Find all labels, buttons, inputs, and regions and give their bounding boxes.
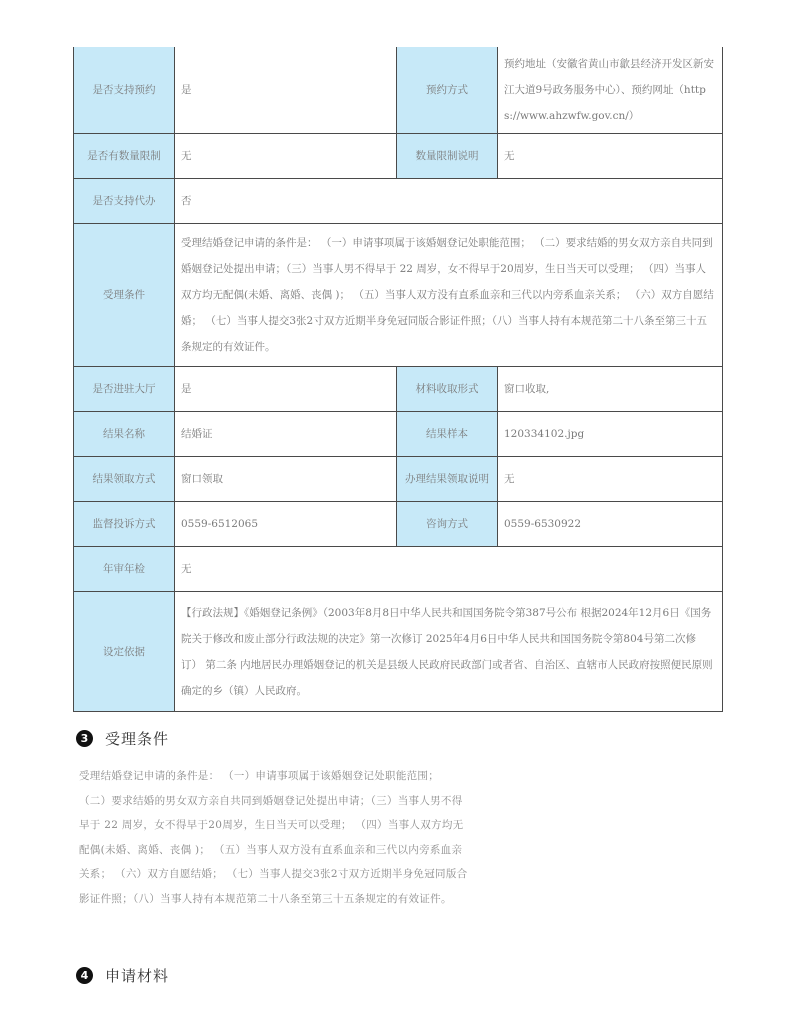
value-result-pickup-desc: 无 <box>498 457 723 502</box>
table-row-result: 结果名称 结婚证 结果样本 120334102.jpg <box>74 412 723 457</box>
table-row-contact: 监督投诉方式 0559-6512065 咨询方式 0559-6530922 <box>74 502 723 547</box>
label-supports-proxy: 是否支持代办 <box>74 179 175 224</box>
value-supports-appointment: 是 <box>175 47 397 134</box>
number-3-icon: 3 <box>76 730 93 747</box>
label-legal-basis: 设定依据 <box>74 592 175 712</box>
table-row-proxy: 是否支持代办 否 <box>74 179 723 224</box>
table-row-quantity-limit: 是否有数量限制 无 数量限制说明 无 <box>74 134 723 179</box>
label-consultation: 咨询方式 <box>397 502 498 547</box>
label-appointment-method: 预约方式 <box>397 47 498 134</box>
label-complaint: 监督投诉方式 <box>74 502 175 547</box>
value-quantity-limit: 无 <box>175 134 397 179</box>
service-info-table: 是否支持预约 是 预约方式 预约地址（安徽省黄山市歙县经济开发区新安江大道9号政… <box>73 47 723 712</box>
table-row-hall: 是否进驻大厅 是 材料收取形式 窗口收取, <box>74 367 723 412</box>
table-row-acceptance-conditions: 受理条件 受理结婚登记申请的条件是： （一）申请事项属于该婚姻登记处职能范围； … <box>74 224 723 367</box>
value-consultation: 0559-6530922 <box>498 502 723 547</box>
label-quantity-limit-desc: 数量限制说明 <box>397 134 498 179</box>
value-annual-review: 无 <box>175 547 723 592</box>
value-material-collection: 窗口收取, <box>498 367 723 412</box>
label-in-hall: 是否进驻大厅 <box>74 367 175 412</box>
label-annual-review: 年审年检 <box>74 547 175 592</box>
value-result-pickup: 窗口领取 <box>175 457 397 502</box>
label-acceptance-conditions: 受理条件 <box>74 224 175 367</box>
value-legal-basis: 【行政法规】《婚姻登记条例》（2003年8月8日中华人民共和国国务院令第387号… <box>175 592 723 712</box>
label-supports-appointment: 是否支持预约 <box>74 47 175 134</box>
label-result-sample: 结果样本 <box>397 412 498 457</box>
value-result-name: 结婚证 <box>175 412 397 457</box>
table-row-legal-basis: 设定依据 【行政法规】《婚姻登记条例》（2003年8月8日中华人民共和国国务院令… <box>74 592 723 712</box>
value-result-sample[interactable]: 120334102.jpg <box>498 412 723 457</box>
section-header-application-materials: 4 申请材料 <box>76 965 169 986</box>
section-header-acceptance-conditions: 3 受理条件 <box>76 728 169 749</box>
value-appointment-method: 预约地址（安徽省黄山市歙县经济开发区新安江大道9号政务服务中心）、预约网址（ht… <box>498 47 723 134</box>
label-quantity-limit: 是否有数量限制 <box>74 134 175 179</box>
section-body-acceptance-conditions: 受理结婚登记申请的条件是： （一）申请事项属于该婚姻登记处职能范围； （二）要求… <box>79 764 469 911</box>
label-result-pickup-desc: 办理结果领取说明 <box>397 457 498 502</box>
table-row-result-pickup: 结果领取方式 窗口领取 办理结果领取说明 无 <box>74 457 723 502</box>
number-4-icon: 4 <box>76 967 93 984</box>
section-title: 受理条件 <box>105 728 169 749</box>
table-row-appointment: 是否支持预约 是 预约方式 预约地址（安徽省黄山市歙县经济开发区新安江大道9号政… <box>74 47 723 134</box>
value-supports-proxy: 否 <box>175 179 723 224</box>
section-title: 申请材料 <box>105 965 169 986</box>
value-acceptance-conditions: 受理结婚登记申请的条件是： （一）申请事项属于该婚姻登记处职能范围； （二）要求… <box>175 224 723 367</box>
label-material-collection: 材料收取形式 <box>397 367 498 412</box>
label-result-name: 结果名称 <box>74 412 175 457</box>
label-result-pickup: 结果领取方式 <box>74 457 175 502</box>
table-row-annual-review: 年审年检 无 <box>74 547 723 592</box>
value-in-hall: 是 <box>175 367 397 412</box>
value-quantity-limit-desc: 无 <box>498 134 723 179</box>
value-complaint: 0559-6512065 <box>175 502 397 547</box>
